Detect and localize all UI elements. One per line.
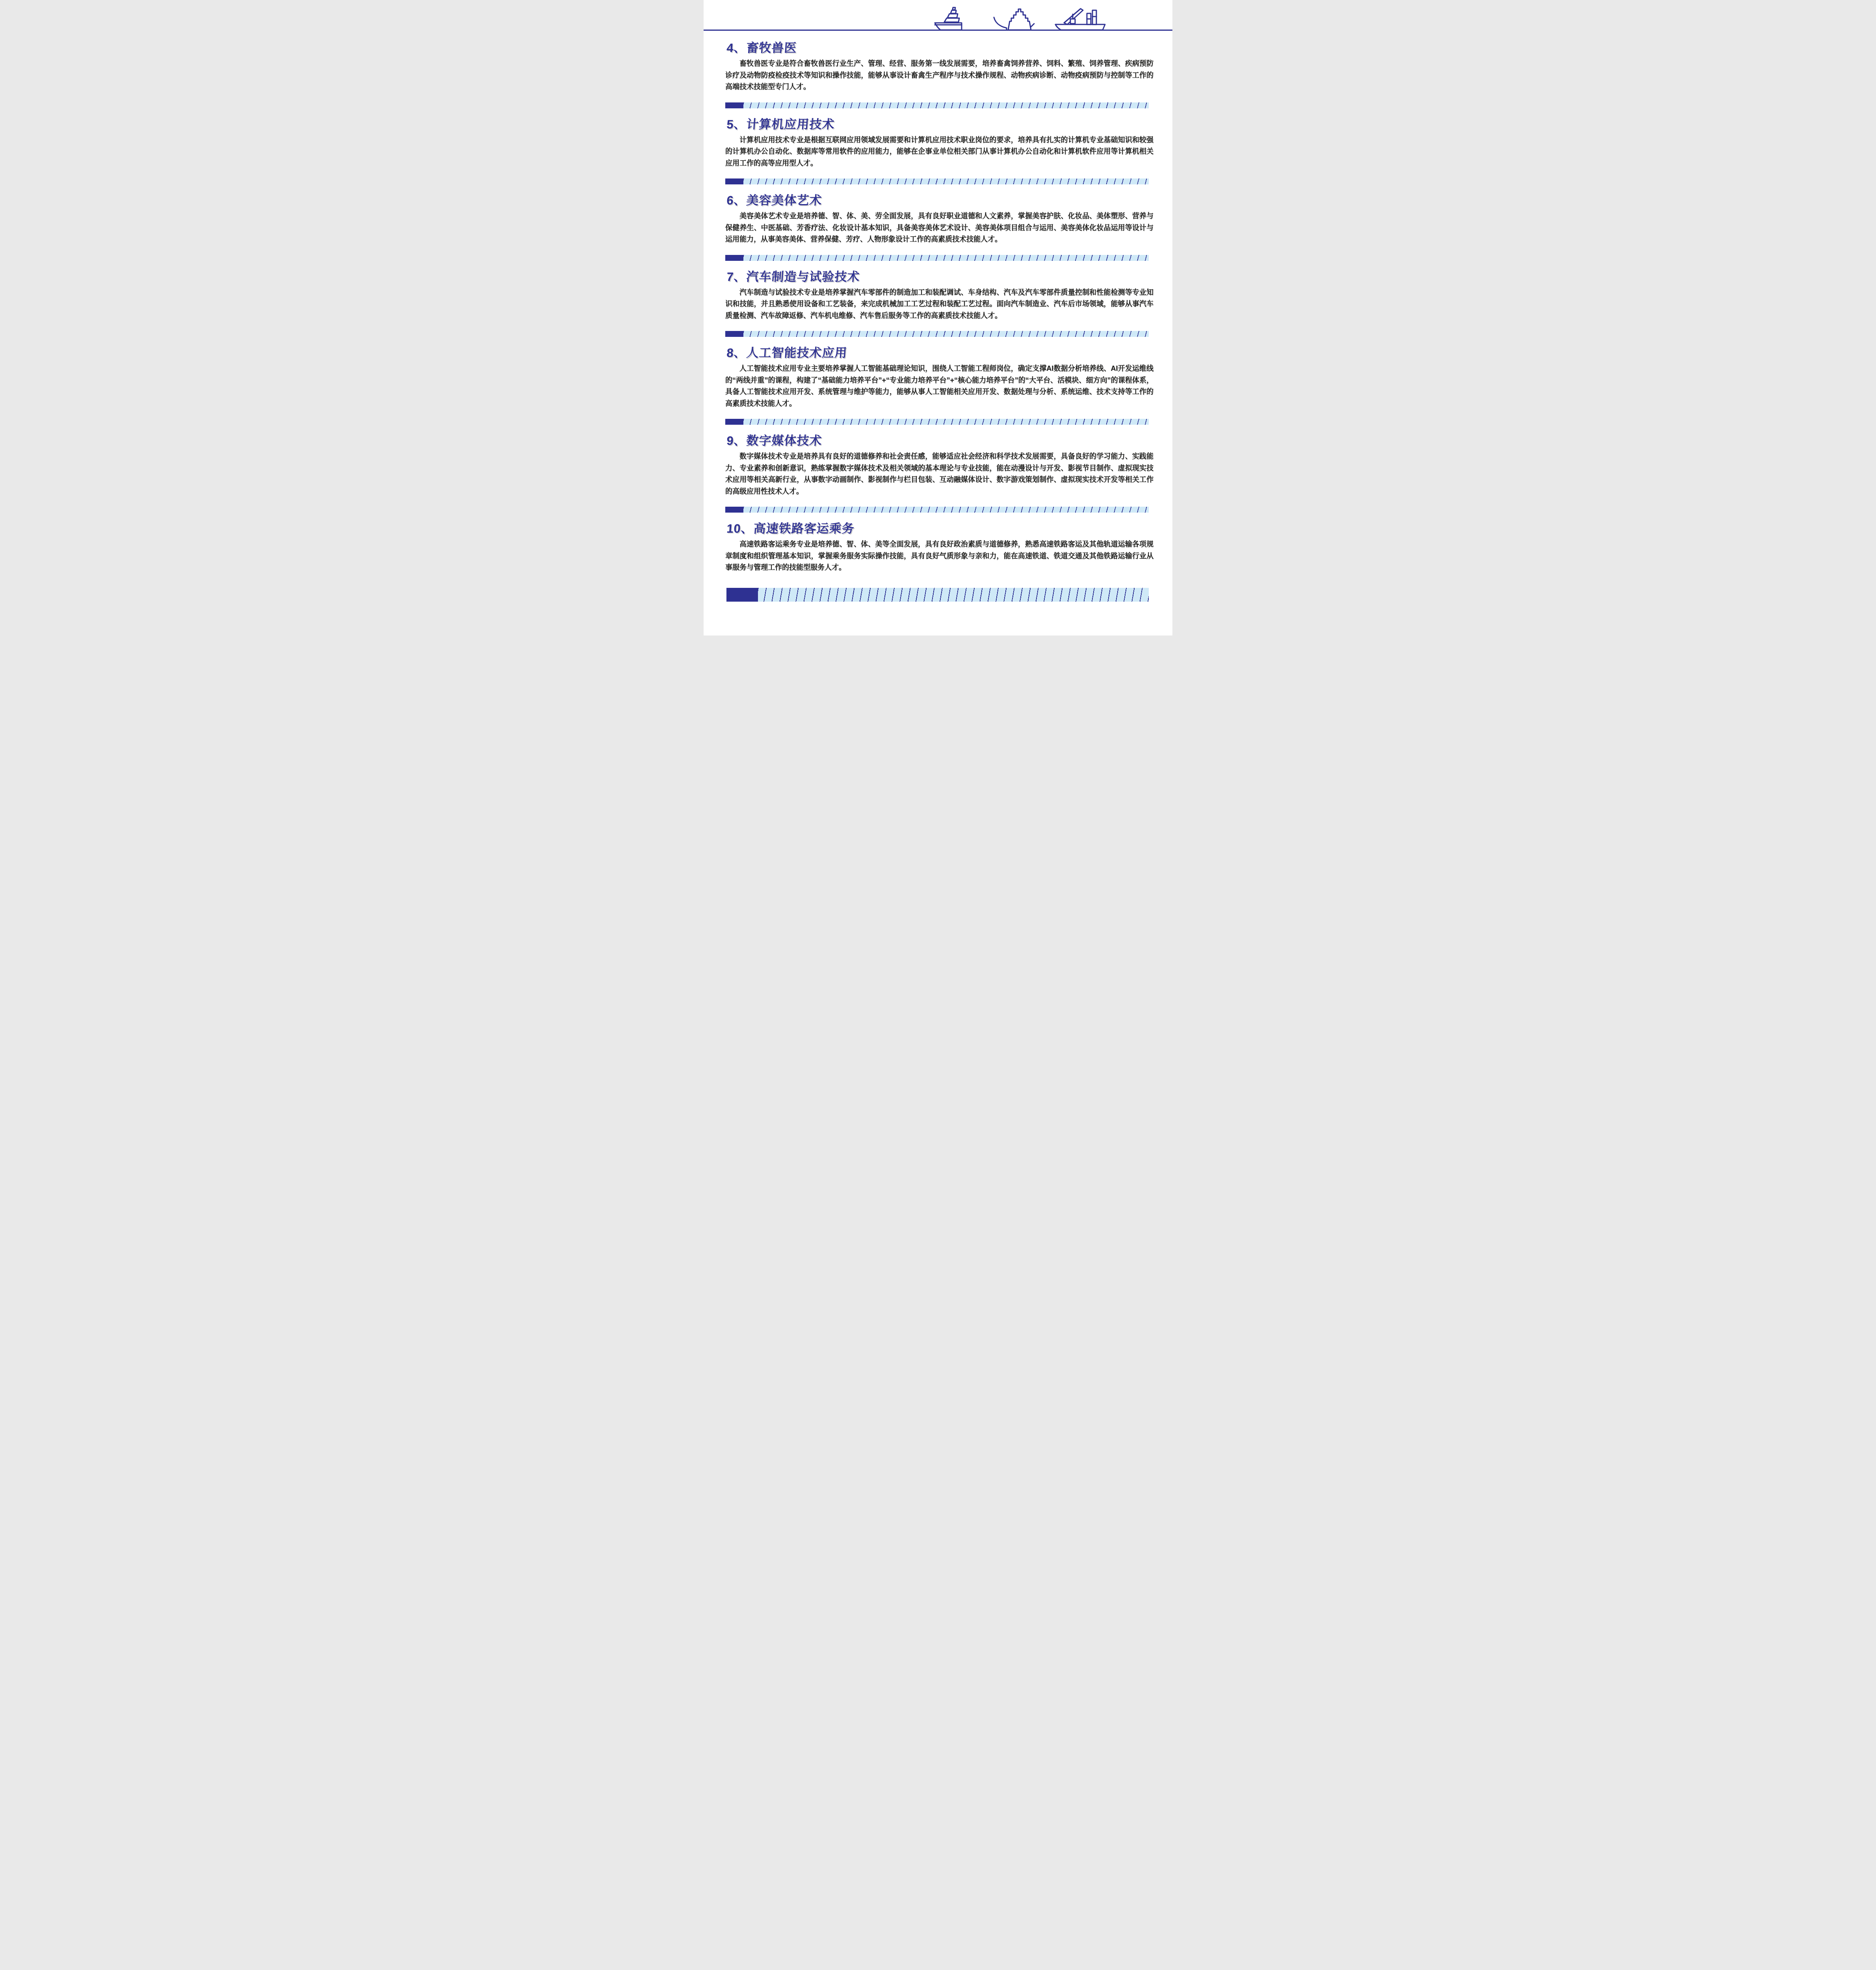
- ships-skyline-icon: [934, 6, 1107, 31]
- section-divider: [725, 102, 1149, 108]
- section-paragraph: 数字媒体技术专业是培养具有良好的道德修养和社会责任感，能够适应社会经济和科学技术…: [725, 451, 1153, 497]
- content: 4、畜牧兽医 畜牧兽医专业是符合畜牧兽医行业生产、管理、经营、服务第一线发展需要…: [704, 30, 1172, 602]
- section-digital-media-technology: 9、数字媒体技术 数字媒体技术专业是培养具有良好的道德修养和社会责任感，能够适应…: [704, 433, 1172, 513]
- divider-stripes: [743, 178, 1149, 184]
- section-animal-husbandry: 4、畜牧兽医 畜牧兽医专业是符合畜牧兽医行业生产、管理、经营、服务第一线发展需要…: [704, 41, 1172, 108]
- section-divider: [725, 255, 1149, 261]
- divider-stripes: [743, 255, 1149, 261]
- divider-block: [726, 588, 758, 602]
- divider-block: [725, 102, 743, 108]
- section-divider: [725, 331, 1149, 337]
- section-title: 9、数字媒体技术: [726, 433, 823, 448]
- divider-block: [725, 507, 743, 513]
- divider-stripes: [743, 419, 1149, 425]
- section-paragraph: 美容美体艺术专业是培养德、智、体、美、劳全面发展，具有良好职业道德和人文素养，掌…: [725, 210, 1153, 245]
- section-paragraph: 高速铁路客运乘务专业是培养德、智、体、美等全面发展，具有良好政治素质与道德修养，…: [725, 539, 1153, 574]
- divider-block: [725, 331, 743, 337]
- divider-stripes: [758, 588, 1149, 602]
- section-paragraph: 汽车制造与试验技术专业是培养掌握汽车零部件的制造加工和装配调试、车身结构、汽车及…: [725, 287, 1153, 322]
- section-title: 4、畜牧兽医: [726, 41, 797, 56]
- section-paragraph: 计算机应用技术专业是根据互联网应用领域发展需要和计算机应用技术职业岗位的要求，培…: [725, 134, 1153, 169]
- section-divider: [726, 588, 1149, 602]
- section-computer-application: 5、计算机应用技术 计算机应用技术专业是根据互联网应用领域发展需要和计算机应用技…: [704, 117, 1172, 185]
- divider-stripes: [743, 102, 1149, 108]
- section-title: 6、美容美体艺术: [726, 193, 823, 208]
- section-hsr-passenger-service: 10、高速铁路客运乘务 高速铁路客运乘务专业是培养德、智、体、美等全面发展，具有…: [704, 521, 1172, 602]
- divider-block: [725, 419, 743, 425]
- section-beauty-body-art: 6、美容美体艺术 美容美体艺术专业是培养德、智、体、美、劳全面发展，具有良好职业…: [704, 193, 1172, 261]
- section-title: 10、高速铁路客运乘务: [726, 521, 855, 536]
- section-title: 8、人工智能技术应用: [726, 346, 848, 361]
- page: 4、畜牧兽医 畜牧兽医专业是符合畜牧兽医行业生产、管理、经营、服务第一线发展需要…: [704, 0, 1172, 636]
- divider-block: [725, 255, 743, 261]
- divider-stripes: [743, 507, 1149, 513]
- section-divider: [725, 419, 1149, 425]
- section-paragraph: 畜牧兽医专业是符合畜牧兽医行业生产、管理、经营、服务第一线发展需要，培养畜禽饲养…: [725, 58, 1153, 93]
- section-title: 7、汽车制造与试验技术: [726, 269, 860, 284]
- section-divider: [725, 178, 1149, 184]
- section-ai-technology-application: 8、人工智能技术应用 人工智能技术应用专业主要培养掌握人工智能基础理论知识，围绕…: [704, 346, 1172, 425]
- divider-stripes: [743, 331, 1149, 337]
- section-paragraph: 人工智能技术应用专业主要培养掌握人工智能基础理论知识，围绕人工智能工程师岗位，确…: [725, 363, 1153, 409]
- section-auto-manufacturing-testing: 7、汽车制造与试验技术 汽车制造与试验技术专业是培养掌握汽车零部件的制造加工和装…: [704, 269, 1172, 337]
- divider-block: [725, 178, 743, 184]
- section-divider: [725, 507, 1149, 513]
- section-title: 5、计算机应用技术: [726, 117, 835, 132]
